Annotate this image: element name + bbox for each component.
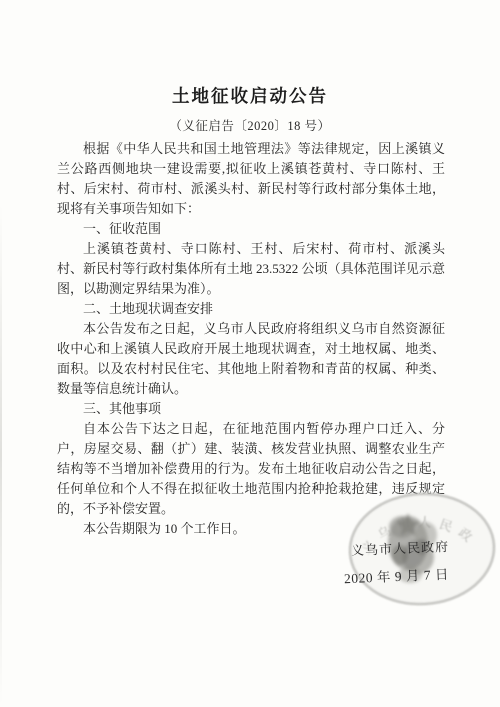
signature-issuer: 义乌市人民政府 xyxy=(351,536,450,559)
scan-edge-artifact xyxy=(0,205,2,705)
paragraph-survey: 本公告发布之日起，义乌市人民政府将组织义乌市自然资源征收中心和上溪镇人民政府开展… xyxy=(57,319,445,399)
section-heading-2: 二、土地现状调查安排 xyxy=(57,299,445,319)
section-heading-3: 三、其他事项 xyxy=(57,399,445,419)
paragraph-scope: 上溪镇苍黄村、寺口陈村、王村、后宋村、荷市村、派溪头村、新民村等行政村集体所有土… xyxy=(57,239,445,299)
signature-date: 2020 年 9 月 7 日 xyxy=(344,563,450,588)
section-heading-1: 一、征收范围 xyxy=(57,219,445,239)
paragraph-duration: 本公告期限为 10 个工作日。 xyxy=(57,519,445,539)
paragraph-other: 自本公告下达之日起，在征地范围内暂停办理户口迁入、分户，房屋交易、翻（扩）建、装… xyxy=(57,419,445,519)
paragraph-intro: 根据《中华人民共和国土地管理法》等法律规定，因上溪镇义兰公路西侧地块一建设需要,… xyxy=(57,139,445,219)
doc-number: （义征启告〔2020〕18 号） xyxy=(0,117,500,135)
document-page: 土地征收启动公告 （义征启告〔2020〕18 号） 根据《中华人民共和国土地管理… xyxy=(0,0,500,707)
page-title: 土地征收启动公告 xyxy=(0,84,500,108)
document-body: 根据《中华人民共和国土地管理法》等法律规定，因上溪镇义兰公路西侧地块一建设需要,… xyxy=(57,139,445,539)
